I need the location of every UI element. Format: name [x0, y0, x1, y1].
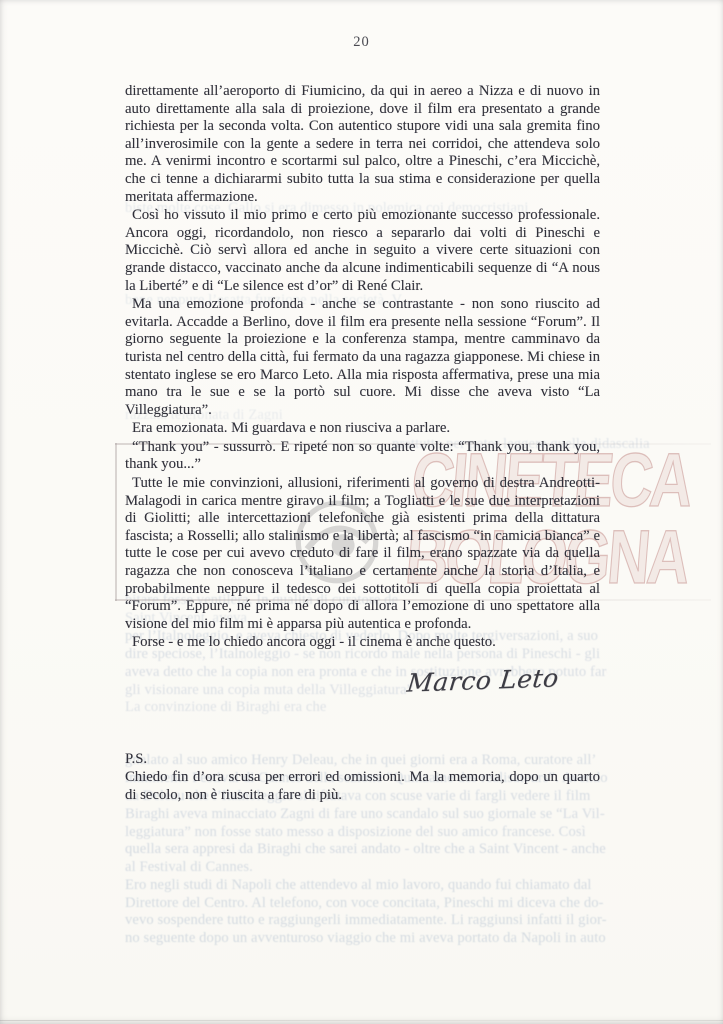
author-signature: Marco Leto — [386, 663, 580, 699]
paragraph-7: Forse - e me lo chiedo ancora oggi - il … — [125, 634, 600, 652]
paragraph-6: Tutte le mie convinzioni, allusioni, rif… — [125, 475, 600, 633]
printed-text-layer: 20 direttamente all’aeroporto di Fiumici… — [0, 0, 723, 1024]
paragraph-3: Ma una emozione profonda - anche se cont… — [125, 296, 600, 419]
paragraph-5: “Thank you” - sussurrò. E ripeté non so … — [125, 439, 600, 474]
postscript-label: P.S. — [125, 751, 600, 769]
scanned-page: biste molte cose. Gallo si era dimesso i… — [0, 0, 723, 1024]
paragraph-2: Così ho vissuto il mio primo e certo più… — [125, 207, 600, 295]
body-text-column: direttamente all’aeroporto di Fiumicino,… — [125, 83, 600, 653]
page-number: 20 — [0, 34, 723, 51]
postscript-text: Chiedo fin d’ora scusa per errori ed omi… — [125, 769, 600, 803]
paragraph-4: Era emozionata. Mi guardava e non riusci… — [125, 420, 600, 438]
paragraph-1: direttamente all’aeroporto di Fiumicino,… — [125, 83, 600, 206]
postscript-block: P.S. Chiedo fin d’ora scusa per errori e… — [125, 751, 600, 804]
